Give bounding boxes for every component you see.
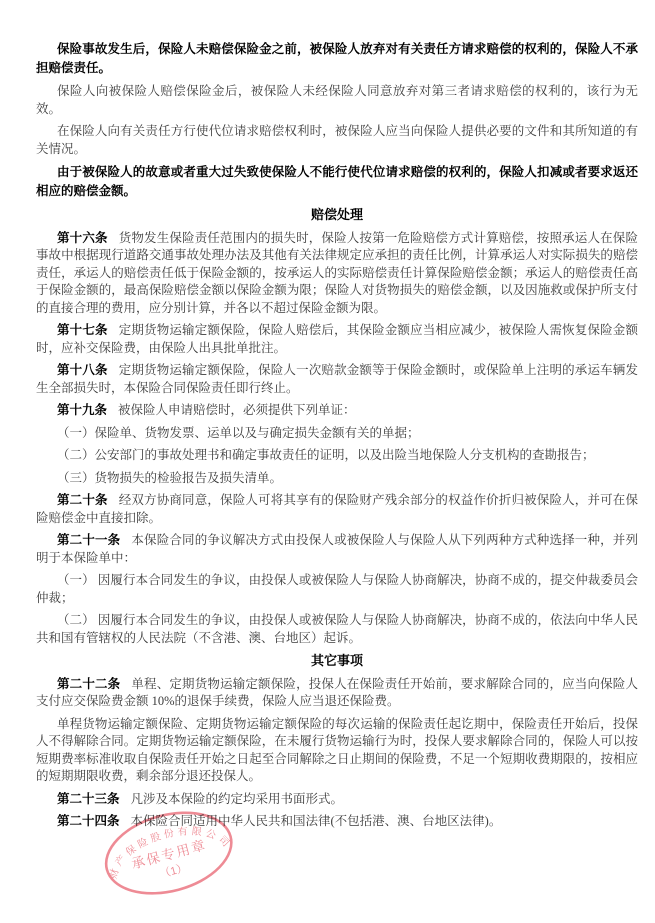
paragraph: 保险人向被保险人赔偿保险金后，被保险人未经保险人同意放弃对第三者请求赔偿的权利的… [36, 83, 638, 118]
article-text: 货物发生保险责任范围内的损失时，保险人按第一危险赔偿方式计算赔偿，按照承运人在保… [36, 231, 638, 315]
article-text: 定期货物运输定额保险，保险人一次赔款金额等于保险金额时，或保险单上注明的承运车辆… [36, 363, 638, 395]
list-item: （三）货物损失的检验报告及损失清单。 [36, 470, 638, 488]
article-paragraph: 第二十条经双方协商同意，保险人可将其享有的保险财产残余部分的权益作价折归被保险人… [36, 492, 638, 527]
list-item: （二）公安部门的事故处理书和确定事故责任的证明，以及出险当地保险人分支机构的查勘… [36, 447, 638, 465]
article-paragraph: 第十七条定期货物运输定额保险，保险人赔偿后，其保险金额应当相应减少，被保险人需恢… [36, 322, 638, 357]
article-number: 第十九条 [57, 403, 107, 417]
paragraph: 保险事故发生后，保险人未赔偿保险金之前，被保险人放弃对有关责任方请求赔偿的权利的… [36, 40, 638, 78]
document-body: 保险事故发生后，保险人未赔偿保险金之前，被保险人放弃对有关责任方请求赔偿的权利的… [36, 40, 638, 902]
article-number: 第二十条 [57, 493, 108, 507]
article-number: 第十八条 [57, 363, 108, 377]
article-paragraph: 第二十三条凡涉及本保险的约定均采用书面形式。 [36, 791, 638, 809]
list-item: （一） 因履行本合同发生的争议，由投保人或被保险人与保险人协商解决，协商不成的，… [36, 572, 638, 607]
article-text: 被保险人申请赔偿时，必须提供下列单证： [118, 403, 356, 417]
article-number: 第十七条 [57, 323, 108, 337]
article-text: 本保险合同的争议解决方式由投保人或被保险人与保险人从下列两种方式种选择一种，并列… [36, 533, 638, 565]
article-paragraph: 第二十二条单程、定期货物运输定额保险，投保人在保险责任开始前，要求解除合同的，应… [36, 676, 638, 711]
article-text: 定期货物运输定额保险，保险人赔偿后，其保险金额应当相应减少，被保险人需恢复保险金… [36, 323, 638, 355]
article-paragraph: 第十八条定期货物运输定额保险，保险人一次赔款金额等于保险金额时，或保险单上注明的… [36, 362, 638, 397]
paragraph: 单程货物运输定额保险、定期货物运输定额保险的每次运输的保险责任起讫期中，保险责任… [36, 716, 638, 786]
article-number: 第二十一条 [57, 533, 120, 547]
paragraph: 由于被保险人的故意或者重大过失致使保险人不能行使代位请求赔偿的权利的，保险人扣减… [36, 163, 638, 201]
paragraph: 在保险人向有关责任方行使代位请求赔偿权利时，被保险人应当向保险人提供必要的文件和… [36, 123, 638, 158]
company-seal: 财产保险股份有限公司承保专用章（1） [88, 789, 250, 918]
section-heading: 赔偿处理 [36, 206, 638, 224]
article-number: 第二十二条 [57, 677, 120, 691]
article-text: 凡涉及本保险的约定均采用书面形式。 [131, 792, 344, 806]
section-heading: 其它事项 [36, 652, 638, 670]
document-page: 保险事故发生后，保险人未赔偿保险金之前，被保险人放弃对有关责任方请求赔偿的权利的… [0, 0, 655, 923]
list-item: （一）保险单、货物发票、运单以及与确定损失金额有关的单据； [36, 425, 638, 443]
article-text: 单程、定期货物运输定额保险，投保人在保险责任开始前，要求解除合同的，应当向保险人… [36, 677, 638, 709]
article-paragraph: 第十九条被保险人申请赔偿时，必须提供下列单证： [36, 402, 638, 420]
article-number: 第十六条 [57, 231, 108, 245]
article-number: 第二十三条 [57, 792, 120, 806]
article-paragraph: 第十六条货物发生保险责任范围内的损失时，保险人按第一危险赔偿方式计算赔偿，按照承… [36, 230, 638, 318]
list-item: （二） 因履行本合同发生的争议，由投保人或被保险人与保险人协商解决，协商不成的，… [36, 612, 638, 647]
article-text: 经双方协商同意，保险人可将其享有的保险财产残余部分的权益作价折归被保险人，并可在… [36, 493, 638, 525]
article-paragraph: 第二十一条本保险合同的争议解决方式由投保人或被保险人与保险人从下列两种方式种选择… [36, 532, 638, 567]
